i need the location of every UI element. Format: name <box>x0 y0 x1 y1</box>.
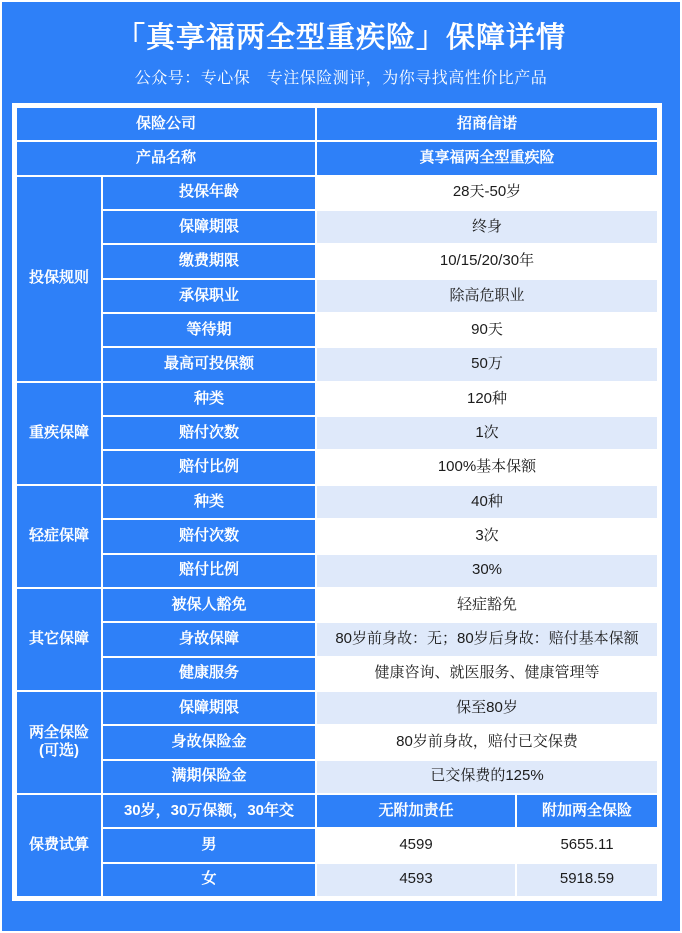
section-premium-calc: 保费试算 <box>17 795 101 896</box>
value-max-sum-insured: 50万 <box>317 348 657 380</box>
label-death-benefit: 身故保障 <box>103 623 315 655</box>
label-endowment-death-benefit: 身故保险金 <box>103 726 315 758</box>
value-payment-period: 10/15/20/30年 <box>317 245 657 277</box>
column-header-no-rider: 无附加责任 <box>317 795 515 827</box>
value-male-no-rider: 4599 <box>317 829 515 861</box>
section-other-coverage: 其它保障 <box>17 589 101 690</box>
label-mild-claim-times: 赔付次数 <box>103 520 315 552</box>
value-waiting-period: 90天 <box>317 314 657 346</box>
section-endowment-optional: 两全保险 (可选) <box>17 692 101 793</box>
page-title: 「真享福两全型重疾险」保障详情 <box>116 23 566 55</box>
value-mild-payout-ratio: 30% <box>317 555 657 587</box>
label-maturity-benefit: 满期保险金 <box>103 761 315 793</box>
label-entry-age: 投保年龄 <box>103 177 315 209</box>
page-subtitle: 公众号：专心保 专注保险测评，为你寻找高性价比产品 <box>135 65 548 88</box>
value-male-with-rider: 5655.11 <box>517 829 657 861</box>
value-endowment-coverage-period: 保至80岁 <box>317 692 657 724</box>
value-health-services: 健康咨询、就医服务、健康管理等 <box>317 658 657 690</box>
label-payment-period: 缴费期限 <box>103 245 315 277</box>
label-insurance-company: 保险公司 <box>17 108 315 140</box>
label-female: 女 <box>103 864 315 896</box>
section-underwriting-rules: 投保规则 <box>17 177 101 381</box>
value-endowment-death-benefit: 80岁前身故，赔付已交保费 <box>317 726 657 758</box>
label-max-sum-insured: 最高可投保额 <box>103 348 315 380</box>
label-coverage-period: 保障期限 <box>103 211 315 243</box>
value-maturity-benefit: 已交保费的125% <box>317 761 657 793</box>
value-ci-types: 120种 <box>317 383 657 415</box>
label-waiting-period: 等待期 <box>103 314 315 346</box>
value-entry-age: 28天-50岁 <box>317 177 657 209</box>
value-ci-payout-ratio: 100%基本保额 <box>317 451 657 483</box>
value-insurable-occupations: 除高危职业 <box>317 280 657 312</box>
value-mild-types: 40种 <box>317 486 657 518</box>
page-header: 「真享福两全型重疾险」保障详情 公众号：专心保 专注保险测评，为你寻找高性价比产… <box>2 2 680 103</box>
label-mild-payout-ratio: 赔付比例 <box>103 555 315 587</box>
label-mild-types: 种类 <box>103 486 315 518</box>
label-product-name: 产品名称 <box>17 142 315 174</box>
label-insurable-occupations: 承保职业 <box>103 280 315 312</box>
label-ci-payout-ratio: 赔付比例 <box>103 451 315 483</box>
label-premium-scenario: 30岁，30万保额，30年交 <box>103 795 315 827</box>
section-mild-illness: 轻症保障 <box>17 486 101 587</box>
label-male: 男 <box>103 829 315 861</box>
value-mild-claim-times: 3次 <box>317 520 657 552</box>
label-health-services: 健康服务 <box>103 658 315 690</box>
label-ci-claim-times: 赔付次数 <box>103 417 315 449</box>
value-insurance-company: 招商信诺 <box>317 108 657 140</box>
column-header-with-endowment-rider: 附加两全保险 <box>517 795 657 827</box>
label-insured-waiver: 被保人豁免 <box>103 589 315 621</box>
benefits-table: 保险公司 招商信诺 产品名称 真享福两全型重疾险 投保规则 投保年龄 28天-5… <box>12 103 662 901</box>
value-ci-claim-times: 1次 <box>317 417 657 449</box>
value-female-with-rider: 5918.59 <box>517 864 657 896</box>
value-death-benefit: 80岁前身故：无；80岁后身故：赔付基本保额 <box>317 623 657 655</box>
value-insured-waiver: 轻症豁免 <box>317 589 657 621</box>
label-endowment-coverage-period: 保障期限 <box>103 692 315 724</box>
value-female-no-rider: 4593 <box>317 864 515 896</box>
value-product-name: 真享福两全型重疾险 <box>317 142 657 174</box>
label-ci-types: 种类 <box>103 383 315 415</box>
section-critical-illness: 重疾保障 <box>17 383 101 484</box>
value-coverage-period: 终身 <box>317 211 657 243</box>
